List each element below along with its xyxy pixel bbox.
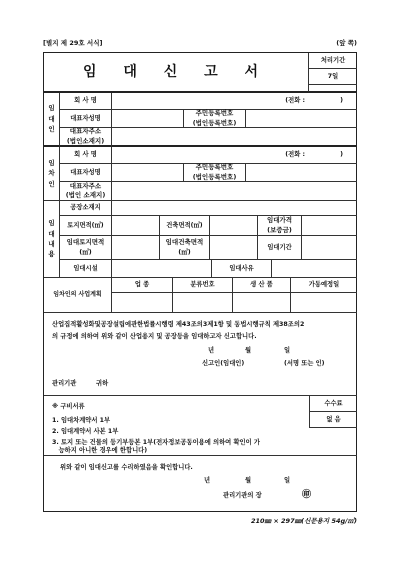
rent-price-label: 임대가격 (보증금) xyxy=(258,216,302,236)
lessee-addr-label: 대표자주소 (법인 소재지) xyxy=(60,182,112,201)
plan-product-field[interactable] xyxy=(233,293,291,313)
documents-heading: ※ 구비서류 xyxy=(52,401,85,413)
plan-industry-field[interactable] xyxy=(112,293,173,313)
rent-facility-label: 임대시설 xyxy=(60,260,112,278)
page-side-label: (앞 쪽) xyxy=(336,38,357,47)
form-reference: [별지 제 29호 서식] xyxy=(43,38,102,47)
plan-start-date-field[interactable] xyxy=(291,293,357,313)
lessee-company-field[interactable]: (전화 : ) xyxy=(112,147,357,164)
plan-col-start-date: 가동예정일 xyxy=(291,278,357,293)
declaration-text-line1: 산업집적활성화및공장설립에관한법률시행령 제43조의3제1항 및 동법시행규칙 … xyxy=(52,319,304,331)
agency-label: 관리기관 xyxy=(52,378,76,390)
lessee-rep-name-label: 대표자성명 xyxy=(60,164,112,182)
confirmation-day: 일 xyxy=(284,475,290,487)
lessor-phone-close: ) xyxy=(340,96,343,105)
building-area-field[interactable] xyxy=(210,216,258,236)
declaration-year: 년 xyxy=(208,345,214,357)
lessee-addr-label-line2: (법인 소재지) xyxy=(66,191,106,200)
rent-price-label-line1: 임대가격 xyxy=(267,216,292,225)
lessor-company-label: 회 사 명 xyxy=(60,93,112,110)
lease-declaration-form: 임 대 신 고 서 처리기간 7일 임 대 인 회 사 명 (전화 : ) 대표… xyxy=(43,52,357,512)
rent-price-field[interactable] xyxy=(302,216,357,236)
plan-classification-field[interactable] xyxy=(173,293,233,313)
property-char-1: 임 xyxy=(48,218,54,228)
leased-land-label-line2: (㎡) xyxy=(79,248,91,257)
lessee-id-label: 주민등록번호 (법인등록번호) xyxy=(184,164,246,182)
fee-label: 수수료 xyxy=(309,396,357,412)
plan-col-industry: 업 종 xyxy=(112,278,173,293)
rent-price-label-line2: (보증금) xyxy=(267,226,292,235)
fee-blank xyxy=(309,428,357,456)
lessor-addr-field[interactable] xyxy=(112,128,357,147)
lessee-group-label: 임 차 인 xyxy=(44,147,60,201)
signature-label[interactable]: (서명 또는 인) xyxy=(284,358,325,370)
rent-reason-label: 임대사유 xyxy=(212,260,272,278)
lessor-rep-name-label: 대표자성명 xyxy=(60,110,112,128)
rent-reason-field[interactable] xyxy=(272,260,357,278)
land-area-label: 토지면적(㎡) xyxy=(60,216,112,236)
property-char-4: 용 xyxy=(48,249,54,259)
lessee-char-1: 임 xyxy=(48,158,54,168)
lessor-rep-name-field[interactable] xyxy=(112,110,184,128)
rent-period-field[interactable] xyxy=(302,236,357,260)
authority-label: 관리기관의 장 xyxy=(223,490,262,502)
processing-period-value: 7일 xyxy=(309,69,357,85)
leased-land-area-field[interactable] xyxy=(112,236,160,260)
lessor-company-field[interactable]: (전화 : ) xyxy=(112,93,357,110)
leased-land-label-line1: 임대토지면적 xyxy=(67,238,105,247)
lessor-addr-label-line2: (법인소재지) xyxy=(67,137,104,146)
declaration-text-line2: 의 규정에 의하여 위와 같이 산업용지 및 공장등을 임대하고자 신고합니다. xyxy=(52,331,257,343)
lessee-company-label: 회 사 명 xyxy=(60,147,112,164)
seal-icon: ㊞ xyxy=(302,487,311,504)
form-title-cell: 임 대 신 고 서 xyxy=(44,53,309,93)
lessor-char-2: 대 xyxy=(48,114,54,124)
lessor-phone-label: (전화 : xyxy=(285,96,305,105)
paper-spec-note: 210㎜ × 297㎜(신문용지 54g/㎡) xyxy=(251,516,357,525)
leased-building-area-field[interactable] xyxy=(210,236,258,260)
lessee-rep-name-field[interactable] xyxy=(112,164,184,182)
lessee-id-field[interactable] xyxy=(246,164,357,182)
leased-building-label-line2: (㎡) xyxy=(178,248,190,257)
lessor-id-label: 주민등록번호 (법인등록번호) xyxy=(184,110,246,128)
lessee-char-2: 차 xyxy=(48,168,54,178)
lessee-addr-label-line1: 대표자주소 xyxy=(70,182,101,191)
form-title: 임 대 신 고 서 xyxy=(83,62,269,82)
lessor-group-label: 임 대 인 xyxy=(44,93,60,147)
rent-facility-field[interactable] xyxy=(112,260,212,278)
lessee-phone-close: ) xyxy=(340,150,343,159)
agency-suffix: 귀하 xyxy=(96,378,108,390)
lessee-id-label-line1: 주민등록번호 xyxy=(196,163,234,172)
confirmation-month: 월 xyxy=(245,475,251,487)
leased-land-area-label: 임대토지면적 (㎡) xyxy=(60,236,112,260)
factory-location-field[interactable] xyxy=(112,201,357,216)
property-group-label: 임 대 내 용 xyxy=(44,201,60,278)
confirmation-year: 년 xyxy=(204,475,210,487)
lessor-char-3: 인 xyxy=(48,124,54,134)
lessor-id-field[interactable] xyxy=(246,110,357,128)
plan-col-product: 생 산 품 xyxy=(233,278,291,293)
business-plan-label: 임차인의 사업계획 xyxy=(44,278,112,313)
lessor-addr-label: 대표자주소 (법인소재지) xyxy=(60,128,112,147)
applicant-label: 신고인(임대인) xyxy=(202,358,244,370)
lessor-id-label-line1: 주민등록번호 xyxy=(196,109,234,118)
leased-building-label-line1: 임대건축면적 xyxy=(166,238,204,247)
confirmation-text: 위와 같이 임대신고를 수리하였음을 확인합니다. xyxy=(60,462,193,474)
lessor-id-label-line2: (법인등록번호) xyxy=(193,119,237,128)
rent-period-label: 임대기간 xyxy=(258,236,302,260)
lessee-id-label-line2: (법인등록번호) xyxy=(193,173,237,182)
building-area-label: 건축면적(㎡) xyxy=(160,216,210,236)
fee-value: 없 음 xyxy=(309,412,357,428)
processing-period-label: 처리기간 xyxy=(309,53,357,69)
lessor-char-1: 임 xyxy=(48,103,54,113)
plan-col-classification: 분류번호 xyxy=(173,278,233,293)
lessee-addr-field[interactable] xyxy=(112,182,357,201)
declaration-month: 월 xyxy=(245,345,251,357)
lessee-phone-label: (전화 : xyxy=(285,150,305,159)
land-area-field[interactable] xyxy=(112,216,160,236)
lessee-char-3: 인 xyxy=(48,179,54,189)
declaration-day: 일 xyxy=(284,345,290,357)
lessor-addr-label-line1: 대표자주소 xyxy=(70,127,101,136)
leased-building-area-label: 임대건축면적 (㎡) xyxy=(160,236,210,260)
property-char-2: 대 xyxy=(48,229,54,239)
factory-location-label: 공장소재지 xyxy=(60,201,112,216)
processing-blank xyxy=(309,85,357,93)
document-item-3-cont: 능하지 아니한 경우에 한합니다) xyxy=(52,447,147,455)
property-char-3: 내 xyxy=(48,239,54,249)
